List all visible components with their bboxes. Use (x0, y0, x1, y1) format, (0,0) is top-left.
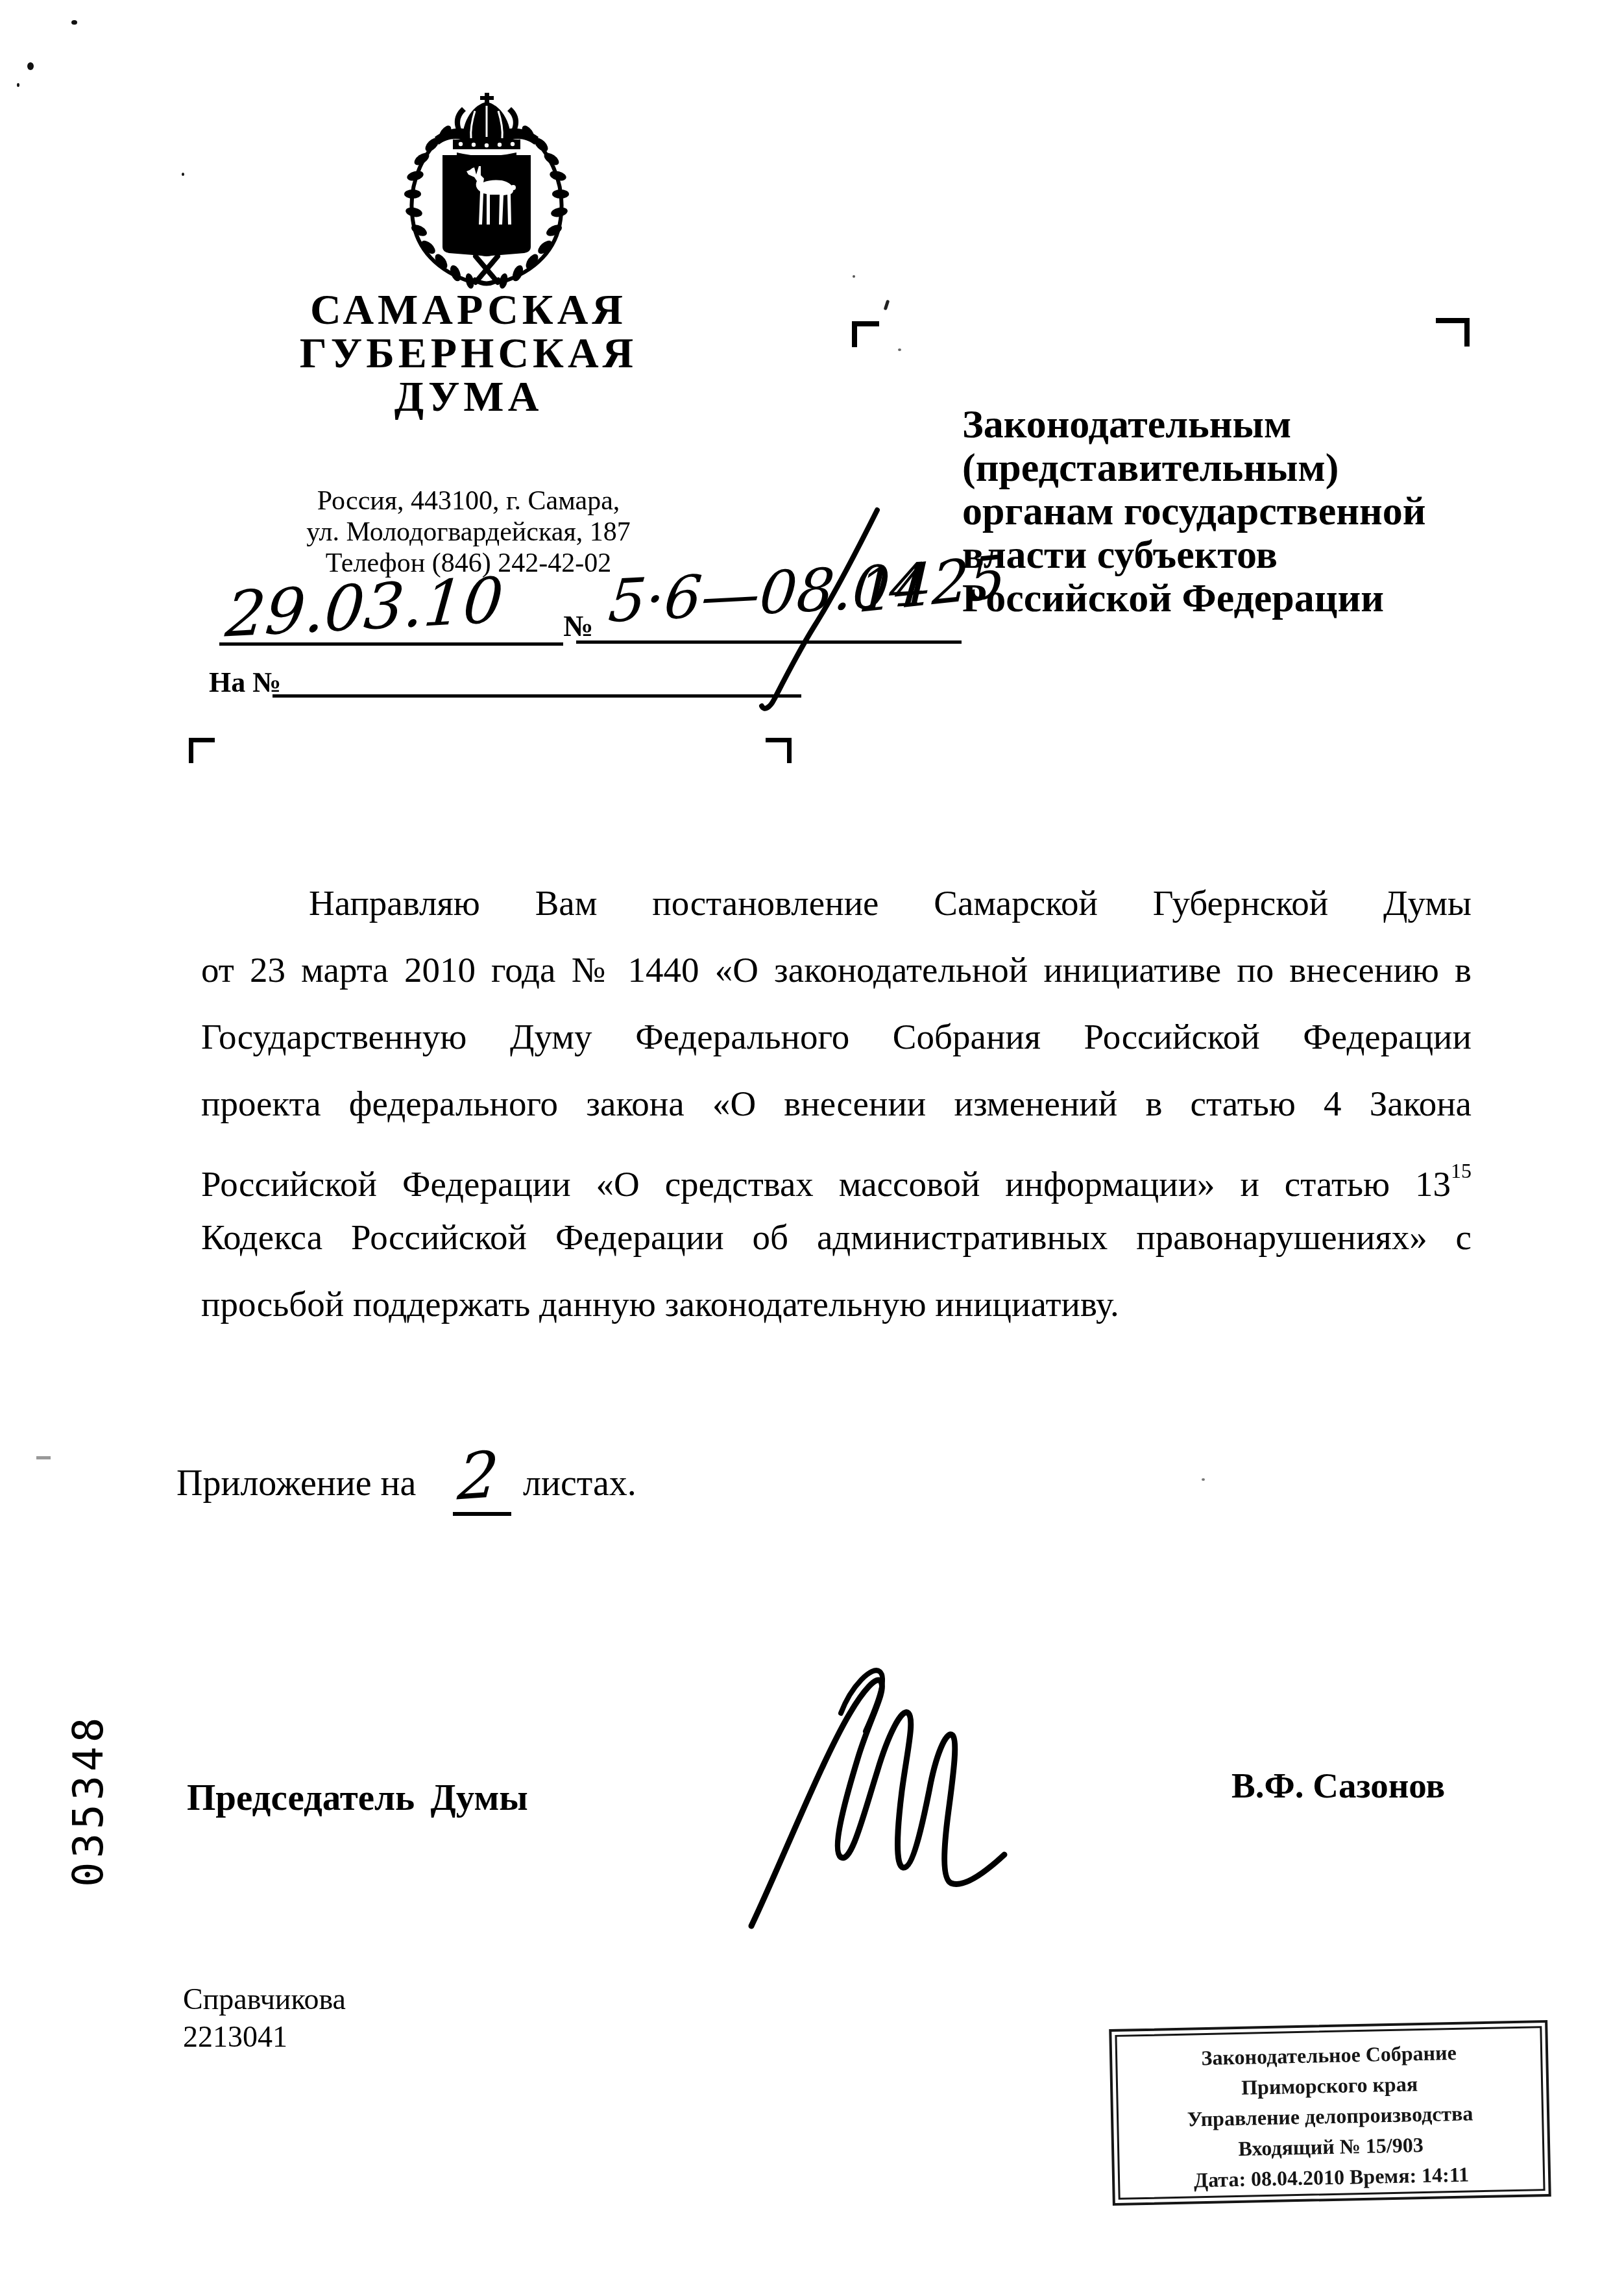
scan-artifact (27, 62, 34, 70)
attachment-count-underline (453, 1512, 511, 1516)
handwritten-slash-stroke (746, 500, 915, 720)
signer-title: Председатель Думы (187, 1777, 528, 1819)
scan-artifact (71, 20, 77, 25)
corner-bracket-bottom-right (766, 738, 792, 763)
attachment-count-handwritten: 2 (455, 1438, 501, 1515)
recipient-line-1: Законодательным (962, 403, 1291, 446)
scan-artifact (17, 83, 19, 87)
date-underline (219, 642, 563, 646)
attachment-suffix: листах. (523, 1463, 636, 1504)
form-number-vertical: 035348 (65, 1714, 113, 1887)
outgoing-date-handwritten: 29.03.10 (224, 564, 505, 651)
executor-name: Справчикова (183, 1982, 346, 2016)
reply-reference-underline (273, 694, 801, 698)
body-line-5: Российской Федерации «О средствах массов… (201, 1150, 1472, 1197)
scan-artifact (884, 300, 890, 311)
body-line-1: Направляю Вам постановление Самарской Гу… (201, 883, 1472, 929)
signer-name: В.Ф. Сазонов (1231, 1765, 1445, 1806)
sazonov-handwritten-signature-icon (714, 1648, 1051, 1953)
corner-bracket-top-right (1436, 318, 1470, 347)
executor-phone: 2213041 (183, 2019, 287, 2054)
recipient-line-3: органам государственной (962, 490, 1425, 533)
body-line-7: просьбой поддержать данную законодательн… (201, 1284, 1472, 1330)
letterhead-address-line-2: ул. Молодогвардейская, 187 (261, 517, 676, 548)
number-label: № (563, 609, 593, 643)
incoming-registration-stamp: Законодательное Собрание Приморского кра… (1109, 2020, 1551, 2206)
org-name-line-3: ДУМА (287, 376, 650, 419)
reply-reference-label: На № (209, 666, 281, 699)
scan-artifact (898, 348, 901, 351)
body-line-4: проекта федерального закона «О внесении … (201, 1083, 1472, 1130)
samara-region-coat-of-arms-icon (397, 93, 576, 291)
attachment-prefix: Приложение на (176, 1463, 416, 1504)
org-name-line-1: САМАРСКАЯ (287, 289, 650, 332)
recipient-line-2: (представительным) (962, 446, 1339, 490)
body-line-3: Государственную Думу Федерального Собран… (201, 1016, 1472, 1063)
stamp-inner-border: Законодательное Собрание Приморского кра… (1115, 2026, 1545, 2200)
org-name-line-2: ГУБЕРНСКАЯ (287, 332, 650, 375)
corner-bracket-top-left (852, 321, 879, 347)
scan-artifact (182, 173, 184, 176)
scanned-letter-page: { "colors": {"ink": "#000000", "paper": … (0, 0, 1624, 2279)
recipient-line-5: Российской Федерации (962, 577, 1384, 620)
article-superscript: 15 (1451, 1159, 1472, 1182)
corner-bracket-bottom-left (189, 738, 215, 763)
scan-artifact (1202, 1478, 1205, 1481)
body-line-6: Кодекса Российской Федерации об админист… (201, 1217, 1472, 1263)
body-line-2: от 23 марта 2010 года № 1440 «О законода… (201, 949, 1472, 996)
recipient-line-4: власти субъектов (962, 533, 1278, 577)
letterhead-address-line-1: Россия, 443100, г. Самара, (261, 485, 676, 517)
scan-artifact (36, 1456, 51, 1459)
scan-artifact (853, 275, 855, 278)
